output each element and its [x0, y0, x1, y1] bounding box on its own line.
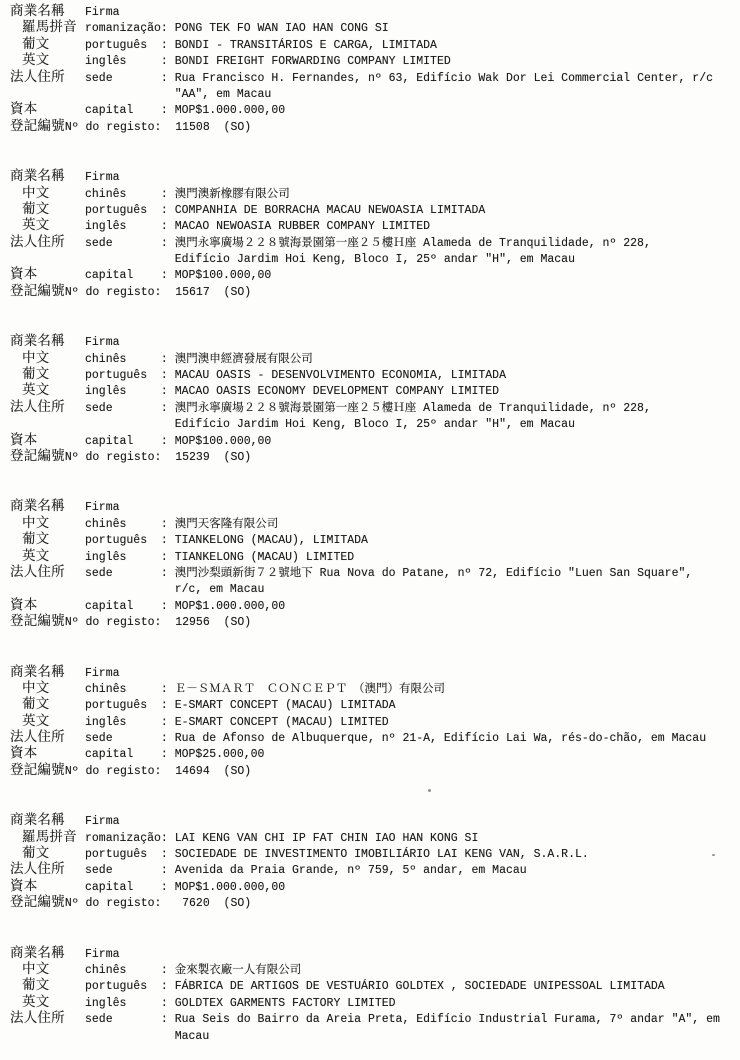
record-line: 資本capital : MOP$1.000.000,00 [10, 880, 740, 896]
record-text: sede : Rua Seis do Bairro da Areia Preta… [85, 1012, 720, 1028]
record-text: sede : Rua Francisco H. Fernandes, nº 63… [85, 71, 713, 87]
label-chinese: 法人住所 [10, 863, 85, 879]
label-chinese: 商業名稱 [10, 666, 85, 682]
label-chinese: 法人住所 [10, 731, 85, 747]
label-chinese: 英文 [10, 384, 85, 400]
record-text: romanização: LAI KENG VAN CHI IP FAT CHI… [85, 831, 478, 847]
scan-speck [115, 113, 119, 114]
record-line: 葡文português : FÁBRICA DE ARTIGOS DE VEST… [10, 979, 740, 995]
label-chinese: 葡文 [10, 698, 85, 714]
record-line: 法人住所sede : 澳門沙梨頭新街７２號地下 Rua Nova do Pata… [10, 566, 740, 582]
record-line: 法人住所sede : 澳門永寧廣場２２８號海景園第一座２５樓Ｈ座 Alameda… [10, 401, 740, 417]
record-line: 資本capital : MOP$100.000,00 [10, 268, 740, 284]
record-text: capital : MOP$1.000.000,00 [85, 103, 285, 119]
record-text: Nº do registo: 7620 (SO) [65, 896, 251, 912]
record-text: inglês : MACAO OASIS ECONOMY DEVELOPMENT… [85, 384, 499, 400]
record-text: chinês : 澳門天客隆有限公司 [85, 517, 278, 533]
label-chinese: 登記編號 [10, 285, 65, 301]
record-line: 中文chinês : Ｅ－ＳＭＡＲＴ ＣＯＮＣＥＰＴ （澳門）有限公司 [10, 682, 740, 698]
record-text: capital : MOP$1.000.000,00 [85, 880, 285, 896]
record-line: 商業名稱Firma [10, 666, 740, 682]
record-text: capital : MOP$100.000,00 [85, 268, 271, 284]
record-text: capital : MOP$100.000,00 [85, 434, 271, 450]
record-line: 葡文português : COMPANHIA DE BORRACHA MACA… [10, 203, 740, 219]
label-chinese: 登記編號 [10, 615, 65, 631]
record-text: inglês : MACAO NEWOASIA RUBBER COMPANY L… [85, 219, 430, 235]
record-text: inglês : BONDI FREIGHT FORWARDING COMPAN… [85, 54, 451, 70]
record-text: inglês : E-SMART CONCEPT (MACAU) LIMITED [85, 715, 389, 731]
record-line: 商業名稱Firma [10, 5, 740, 21]
scan-speck [428, 789, 431, 792]
record-text: sede : 澳門永寧廣場２２８號海景園第一座２５樓Ｈ座 Alameda de … [85, 236, 651, 252]
record-text: Firma [85, 947, 120, 963]
record-text: sede : 澳門沙梨頭新街７２號地下 Rua Nova do Patane, … [85, 566, 692, 582]
record-line: 資本capital : MOP$25.000,00 [10, 747, 740, 763]
company-record: 商業名稱Firma羅馬拼音romanização: PONG TEK FO WA… [10, 5, 740, 136]
record-line: 英文inglês : E-SMART CONCEPT (MACAU) LIMIT… [10, 715, 740, 731]
record-line: 登記編號Nº do registo: 15239 (SO) [10, 450, 740, 466]
record-text: chinês : Ｅ－ＳＭＡＲＴ ＣＯＮＣＥＰＴ （澳門）有限公司 [85, 682, 445, 698]
label-chinese: 中文 [10, 352, 85, 368]
record-line: 法人住所sede : 澳門永寧廣場２２８號海景園第一座２５樓Ｈ座 Alameda… [10, 236, 740, 252]
record-text: Edifício Jardim Hoi Keng, Bloco I, 25º a… [85, 417, 575, 433]
label-chinese: 羅馬拼音 [10, 21, 85, 37]
label-chinese: 葡文 [10, 203, 85, 219]
record-text: inglês : TIANKELONG (MACAU) LIMITED [85, 550, 354, 566]
record-line: 羅馬拼音romanização: PONG TEK FO WAN IAO HAN… [10, 21, 740, 37]
record-text: sede : Rua de Afonso de Albuquerque, nº … [85, 731, 706, 747]
record-line: Edifício Jardim Hoi Keng, Bloco I, 25º a… [10, 417, 740, 433]
record-line: 法人住所sede : Avenida da Praia Grande, nº 7… [10, 863, 740, 879]
record-line: 葡文português : BONDI - TRANSITÁRIOS E CAR… [10, 38, 740, 54]
record-line: 法人住所sede : Rua de Afonso de Albuquerque,… [10, 731, 740, 747]
label-chinese: 中文 [10, 517, 85, 533]
record-line: 葡文português : SOCIEDADE DE INVESTIMENTO … [10, 847, 740, 863]
record-text: português : MACAU OASIS - DESENVOLVIMENT… [85, 368, 506, 384]
record-line: Edifício Jardim Hoi Keng, Bloco I, 25º a… [10, 252, 740, 268]
record-text: inglês : GOLDTEX GARMENTS FACTORY LIMITE… [85, 996, 396, 1012]
label-chinese: 法人住所 [10, 566, 85, 582]
record-text: capital : MOP$25.000,00 [85, 747, 264, 763]
label-chinese: 商業名稱 [10, 500, 85, 516]
record-line: 英文inglês : GOLDTEX GARMENTS FACTORY LIMI… [10, 996, 740, 1012]
record-text: chinês : 澳門澳申經濟發展有限公司 [85, 352, 313, 368]
record-line: 英文inglês : MACAO OASIS ECONOMY DEVELOPME… [10, 384, 740, 400]
label-chinese: 商業名稱 [10, 814, 85, 830]
record-line: "AA", em Macau [10, 87, 740, 103]
label-chinese: 中文 [10, 682, 85, 698]
label-chinese: 商業名稱 [10, 947, 85, 963]
company-record: 商業名稱Firma中文chinês : 澳門澳新橡膠有限公司葡文portuguê… [10, 170, 740, 301]
record-line: 中文chinês : 澳門澳申經濟發展有限公司 [10, 352, 740, 368]
company-records-list: 商業名稱Firma羅馬拼音romanização: PONG TEK FO WA… [10, 5, 740, 1045]
label-chinese: 英文 [10, 715, 85, 731]
label-chinese: 英文 [10, 54, 85, 70]
label-chinese: 葡文 [10, 38, 85, 54]
company-record: 商業名稱Firma中文chinês : Ｅ－ＳＭＡＲＴ ＣＯＮＣＥＰＴ （澳門）… [10, 666, 740, 781]
label-chinese: 葡文 [10, 368, 85, 384]
record-line: 資本capital : MOP$1.000.000,00 [10, 103, 740, 119]
label-chinese: 資本 [10, 747, 85, 763]
record-line: 葡文português : E-SMART CONCEPT (MACAU) LI… [10, 698, 740, 714]
record-line: 中文chinês : 澳門天客隆有限公司 [10, 517, 740, 533]
record-line: 英文inglês : BONDI FREIGHT FORWARDING COMP… [10, 54, 740, 70]
label-chinese: 資本 [10, 434, 85, 450]
record-text: Nº do registo: 12956 (SO) [65, 615, 251, 631]
label-chinese: 資本 [10, 268, 85, 284]
label-chinese: 葡文 [10, 979, 85, 995]
company-record: 商業名稱Firma中文chinês : 澳門澳申經濟發展有限公司葡文portug… [10, 335, 740, 466]
label-chinese: 資本 [10, 103, 85, 119]
label-chinese: 商業名稱 [10, 170, 85, 186]
record-text: português : FÁBRICA DE ARTIGOS DE VESTUÁ… [85, 979, 665, 995]
label-chinese: 法人住所 [10, 1012, 85, 1028]
record-line: 英文inglês : TIANKELONG (MACAU) LIMITED [10, 550, 740, 566]
label-chinese: 商業名稱 [10, 335, 85, 351]
label-chinese: 商業名稱 [10, 5, 85, 21]
record-text: sede : 澳門永寧廣場２２８號海景園第一座２５樓Ｈ座 Alameda de … [85, 401, 651, 417]
label-chinese: 資本 [10, 880, 85, 896]
label-chinese: 中文 [10, 963, 85, 979]
record-text: português : COMPANHIA DE BORRACHA MACAU … [85, 203, 485, 219]
label-chinese: 法人住所 [10, 401, 85, 417]
record-line: 羅馬拼音romanização: LAI KENG VAN CHI IP FAT… [10, 831, 740, 847]
record-line: 商業名稱Firma [10, 814, 740, 830]
record-text: Macau [85, 1029, 209, 1045]
record-text: capital : MOP$1.000.000,00 [85, 599, 285, 615]
label-chinese: 登記編號 [10, 896, 65, 912]
record-text: Nº do registo: 15239 (SO) [65, 450, 251, 466]
label-chinese: 登記編號 [10, 450, 65, 466]
label-chinese: 英文 [10, 550, 85, 566]
label-chinese: 英文 [10, 219, 85, 235]
record-text: Firma [85, 170, 120, 186]
record-line: Macau [10, 1029, 740, 1045]
record-text: português : SOCIEDADE DE INVESTIMENTO IM… [85, 847, 589, 863]
record-text: português : TIANKELONG (MACAU), LIMITADA [85, 533, 368, 549]
record-text: Nº do registo: 11508 (SO) [65, 120, 251, 136]
registry-document-page: 商業名稱Firma羅馬拼音romanização: PONG TEK FO WA… [0, 0, 740, 1060]
record-line: 資本capital : MOP$1.000.000,00 [10, 599, 740, 615]
record-text: português : BONDI - TRANSITÁRIOS E CARGA… [85, 38, 437, 54]
record-line: 登記編號Nº do registo: 11508 (SO) [10, 120, 740, 136]
record-line: 法人住所sede : Rua Francisco H. Fernandes, n… [10, 71, 740, 87]
label-chinese: 登記編號 [10, 120, 65, 136]
record-line: 登記編號Nº do registo: 7620 (SO) [10, 896, 740, 912]
record-text: português : E-SMART CONCEPT (MACAU) LIMI… [85, 698, 396, 714]
record-line: 登記編號Nº do registo: 15617 (SO) [10, 285, 740, 301]
record-line: 資本capital : MOP$100.000,00 [10, 434, 740, 450]
record-line: 商業名稱Firma [10, 170, 740, 186]
record-line: 葡文português : MACAU OASIS - DESENVOLVIME… [10, 368, 740, 384]
record-text: sede : Avenida da Praia Grande, nº 759, … [85, 863, 527, 879]
scan-speck [712, 854, 715, 856]
record-text: Nº do registo: 14694 (SO) [65, 764, 251, 780]
record-text: Firma [85, 335, 120, 351]
record-text: Firma [85, 814, 120, 830]
label-chinese: 葡文 [10, 533, 85, 549]
record-text: chinês : 澳門澳新橡膠有限公司 [85, 187, 290, 203]
company-record: 商業名稱Firma中文chinês : 金來製衣廠一人有限公司葡文portugu… [10, 947, 740, 1045]
label-chinese: 登記編號 [10, 764, 65, 780]
record-text: Firma [85, 666, 120, 682]
label-chinese: 法人住所 [10, 236, 85, 252]
record-text: "AA", em Macau [85, 87, 271, 103]
record-line: 登記編號Nº do registo: 12956 (SO) [10, 615, 740, 631]
record-line: 商業名稱Firma [10, 335, 740, 351]
label-chinese: 羅馬拼音 [10, 831, 85, 847]
record-line: 商業名稱Firma [10, 500, 740, 516]
record-line: 登記編號Nº do registo: 14694 (SO) [10, 764, 740, 780]
record-text: Edifício Jardim Hoi Keng, Bloco I, 25º a… [85, 252, 575, 268]
label-chinese: 中文 [10, 187, 85, 203]
record-line: 中文chinês : 澳門澳新橡膠有限公司 [10, 187, 740, 203]
record-text: chinês : 金來製衣廠一人有限公司 [85, 963, 301, 979]
record-line: 英文inglês : MACAO NEWOASIA RUBBER COMPANY… [10, 219, 740, 235]
record-line: 葡文português : TIANKELONG (MACAU), LIMITA… [10, 533, 740, 549]
label-chinese: 法人住所 [10, 71, 85, 87]
company-record: 商業名稱Firma中文chinês : 澳門天客隆有限公司葡文português… [10, 500, 740, 631]
record-text: Firma [85, 5, 120, 21]
label-chinese: 英文 [10, 996, 85, 1012]
record-line: 中文chinês : 金來製衣廠一人有限公司 [10, 963, 740, 979]
record-line: 法人住所sede : Rua Seis do Bairro da Areia P… [10, 1012, 740, 1028]
record-text: r/c, em Macau [85, 582, 264, 598]
label-chinese: 資本 [10, 599, 85, 615]
record-line: 商業名稱Firma [10, 947, 740, 963]
company-record: 商業名稱Firma羅馬拼音romanização: LAI KENG VAN C… [10, 814, 740, 912]
record-text: Nº do registo: 15617 (SO) [65, 285, 251, 301]
record-text: romanização: PONG TEK FO WAN IAO HAN CON… [85, 21, 389, 37]
record-line: r/c, em Macau [10, 582, 740, 598]
record-text: Firma [85, 500, 120, 516]
label-chinese: 葡文 [10, 847, 85, 863]
